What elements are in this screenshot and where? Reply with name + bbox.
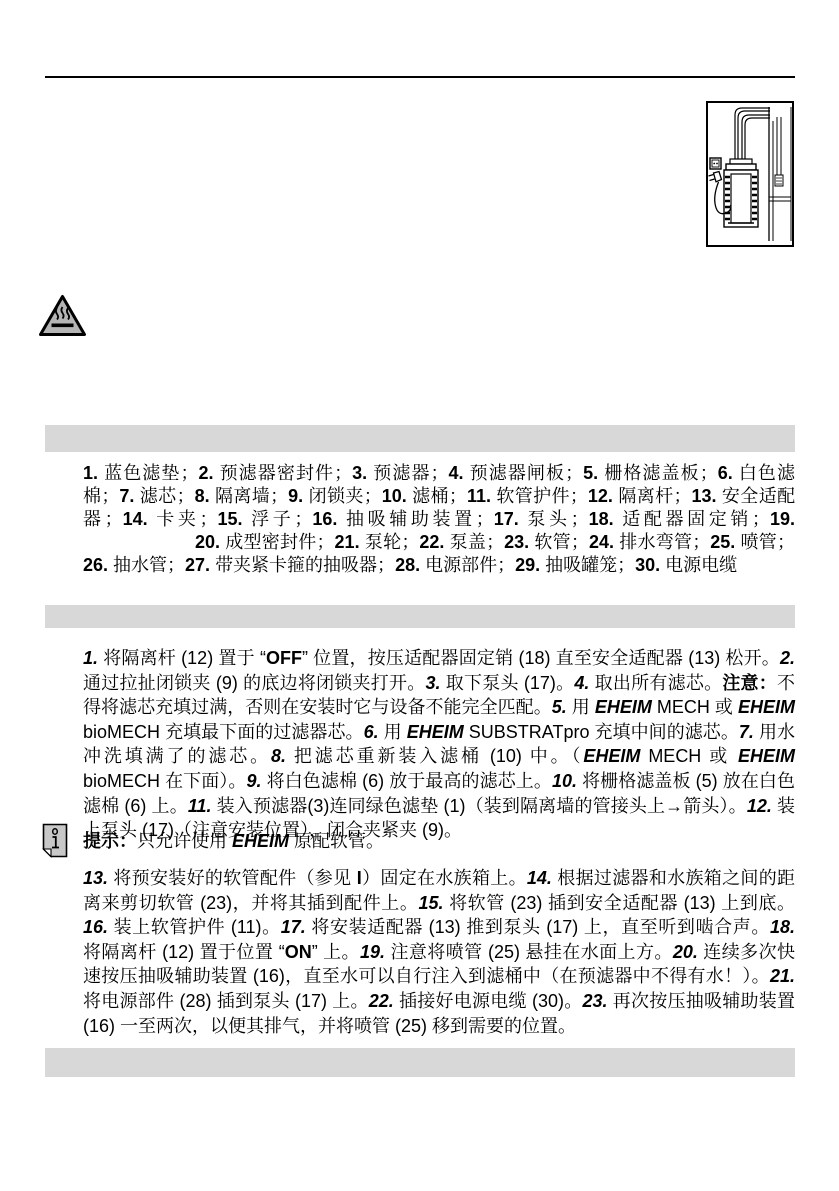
part-label: 蓝色滤垫； — [104, 463, 198, 483]
text-segment: 8. — [271, 746, 294, 766]
text-segment: SUBSTRATpro 充填中间的滤芯。 — [464, 722, 739, 742]
text-segment: 用 — [572, 697, 595, 717]
part-number: 21. — [335, 532, 365, 552]
text-segment: 18. — [770, 917, 795, 937]
text-segment: 2. — [780, 648, 795, 668]
part-number: 22. — [419, 532, 449, 552]
hot-surface-warning-glyph — [38, 294, 87, 337]
text-segment: 23. — [583, 991, 613, 1011]
text-segment: EHEIM — [232, 831, 289, 851]
filter-setup-diagram — [706, 101, 794, 247]
info-note-icon — [42, 823, 68, 858]
part-number: 7. — [119, 486, 139, 506]
part-label: 隔离墙； — [215, 486, 288, 506]
part-number: 23. — [504, 532, 534, 552]
part-label: 闭锁夹； — [309, 486, 382, 506]
text-segment: 14. — [527, 868, 557, 888]
part-number: 27. — [185, 555, 215, 575]
text-segment: 用 — [384, 722, 407, 742]
text-segment: 15. — [418, 893, 449, 913]
part-number: 20. — [195, 532, 225, 552]
text-segment: 注意将喷管 (25) 悬挂在水面上方。 — [390, 942, 672, 962]
text-segment: 装上软管护件 (11)。 — [114, 917, 281, 937]
part-number: 8. — [195, 486, 215, 506]
part-number: 3. — [352, 463, 373, 483]
part-number: 10. — [382, 486, 412, 506]
part-label: 泵轮； — [365, 532, 420, 552]
text-segment: 17. — [281, 917, 312, 937]
part-label: 带夹紧卡箍的抽吸器； — [215, 555, 395, 575]
part-number: 6. — [718, 463, 739, 483]
part-number: 24. — [589, 532, 619, 552]
text-segment: 6. — [364, 722, 384, 742]
text-segment: 把滤芯重新装入滤桶 (10) 中。（ — [294, 746, 583, 766]
section-bar-parts — [45, 425, 795, 452]
part-label: 隔离杆； — [618, 486, 691, 506]
part-number: 15. — [218, 509, 252, 529]
text-segment: 装入预滤器(3)连同绿色滤垫 (1)（装到隔离墙的管接头上→箭头）。 — [217, 796, 747, 816]
part-label: 预滤器密封件； — [220, 463, 353, 483]
text-segment: bioMECH 充填最下面的过滤器芯。 — [83, 722, 364, 742]
text-segment: 将隔离杆 (12) 置于 “ — [103, 648, 266, 668]
part-label: 泵盖； — [450, 532, 505, 552]
text-segment: 13. — [83, 868, 113, 888]
text-segment: EHEIM — [583, 746, 640, 766]
text-segment: 只允许使用 — [137, 831, 232, 851]
text-segment: 原配软管。 — [289, 831, 384, 851]
text-segment: 取下泵头 (17)。 — [446, 673, 575, 693]
part-number: 4. — [449, 463, 470, 483]
part-number: 12. — [588, 486, 618, 506]
part-number: 25. — [710, 532, 740, 552]
text-segment: MECH 或 — [652, 697, 738, 717]
text-segment: MECH 或 — [640, 746, 738, 766]
text-segment: 插接好电源电缆 (30)。 — [399, 991, 582, 1011]
text-segment: 5. — [552, 697, 572, 717]
filter-setup-diagram-drawing — [706, 101, 794, 247]
section-bar-footer — [45, 1048, 795, 1077]
part-number: 13. — [692, 486, 722, 506]
part-label: 卡夹； — [156, 509, 217, 529]
part-number: 1. — [83, 463, 104, 483]
text-segment: 12. — [747, 796, 777, 816]
part-label: 软管； — [534, 532, 589, 552]
text-segment: ON — [285, 942, 312, 962]
text-segment: 将电源部件 (28) 插到泵头 (17) 上。 — [83, 991, 369, 1011]
part-label: 抽水管； — [113, 555, 185, 575]
part-number: 18. — [589, 509, 623, 529]
text-segment: EHEIM — [738, 697, 795, 717]
hot-surface-warning-icon — [38, 294, 87, 337]
text-segment: 10. — [552, 771, 582, 791]
text-segment: 19. — [360, 942, 390, 962]
part-label: 适配器固定销； — [622, 509, 770, 529]
text-segment: 4. — [574, 673, 594, 693]
part-number: 11. — [467, 486, 496, 506]
part-number: 9. — [288, 486, 308, 506]
text-segment: 22. — [369, 991, 399, 1011]
part-number: 30. — [635, 555, 665, 575]
part-label: 抽吸辅助装置； — [346, 509, 494, 529]
text-segment: 3. — [425, 673, 445, 693]
text-segment: EHEIM — [595, 697, 652, 717]
text-segment: 16. — [83, 917, 114, 937]
part-label: 预滤器闸板； — [470, 463, 583, 483]
part-number: 14. — [123, 509, 157, 529]
part-label: 滤芯； — [140, 486, 195, 506]
text-segment: 1. — [83, 648, 103, 668]
installation-steps-2: 13. 将预安装好的软管配件（参见 I）固定在水族箱上。14. 根据过滤器和水族… — [83, 866, 795, 1038]
text-segment: 取出所有滤芯。 — [595, 673, 723, 693]
text-segment: 20. — [673, 942, 703, 962]
part-number: 2. — [198, 463, 219, 483]
tip-text: 提示：只允许使用 EHEIM 原配软管。 — [83, 829, 733, 853]
part-number: 28. — [395, 555, 425, 575]
text-segment: 9. — [247, 771, 267, 791]
part-label: 排水弯管； — [619, 532, 710, 552]
part-number: 19. — [770, 509, 795, 529]
text-segment: 21. — [770, 966, 795, 986]
part-number: 16. — [312, 509, 346, 529]
info-note-glyph — [42, 823, 68, 858]
text-segment: 7. — [739, 722, 759, 742]
text-segment: 将安装适配器 (13) 推到泵头 (17) 上，直至听到啮合声。 — [311, 917, 770, 937]
part-label: 浮子； — [251, 509, 312, 529]
part-label: 电源部件； — [425, 555, 515, 575]
part-number: 17. — [494, 509, 528, 529]
part-label: 软管护件； — [496, 486, 588, 506]
text-segment: EHEIM — [407, 722, 464, 742]
part-label: 泵头； — [527, 509, 588, 529]
text-segment: 11. — [188, 796, 217, 816]
part-label: 喷管； — [741, 532, 796, 552]
part-label: 预滤器； — [373, 463, 448, 483]
text-segment: EHEIM — [738, 746, 795, 766]
text-segment: ” 上。 — [312, 942, 360, 962]
part-number: 26. — [83, 555, 113, 575]
text-segment: 将隔离杆 (12) 置于位置 “ — [83, 942, 285, 962]
text-segment: 将预安装好的软管配件（参见 — [113, 868, 356, 888]
part-label: 电源电缆 — [665, 555, 737, 575]
section-bar-installation — [45, 605, 795, 628]
text-segment: bioMECH 在下面）。 — [83, 771, 247, 791]
text-segment: ” 位置，按压适配器固定销 (18) 直至安全适配器 (13) 松开。 — [302, 648, 780, 668]
text-segment: 提示： — [83, 831, 137, 851]
text-segment: ）固定在水族箱上。 — [362, 868, 527, 888]
part-label: 抽吸罐笼； — [545, 555, 635, 575]
text-segment: 注意： — [722, 673, 777, 693]
installation-steps-1: 1. 将隔离杆 (12) 置于 “OFF” 位置，按压适配器固定销 (18) 直… — [83, 646, 795, 843]
part-label: 成型密封件； — [225, 532, 334, 552]
part-number: 5. — [583, 463, 604, 483]
text-segment: 将白色滤棉 (6) 放于最高的滤芯上。 — [267, 771, 552, 791]
parts-list: 1. 蓝色滤垫；2. 预滤器密封件；3. 预滤器；4. 预滤器闸板；5. 栅格滤… — [83, 462, 795, 577]
horizontal-rule — [45, 76, 795, 78]
manual-page: 1. 蓝色滤垫；2. 预滤器密封件；3. 预滤器；4. 预滤器闸板；5. 栅格滤… — [0, 0, 839, 1191]
text-segment: OFF — [266, 648, 302, 668]
text-segment: 通过拉扯闭锁夹 (9) 的底边将闭锁夹打开。 — [83, 673, 425, 693]
part-label: 栅格滤盖板； — [604, 463, 717, 483]
part-number: 29. — [515, 555, 545, 575]
text-segment: 将软管 (23) 插到安全适配器 (13) 上到底。 — [449, 893, 795, 913]
part-label: 滤桶； — [412, 486, 467, 506]
